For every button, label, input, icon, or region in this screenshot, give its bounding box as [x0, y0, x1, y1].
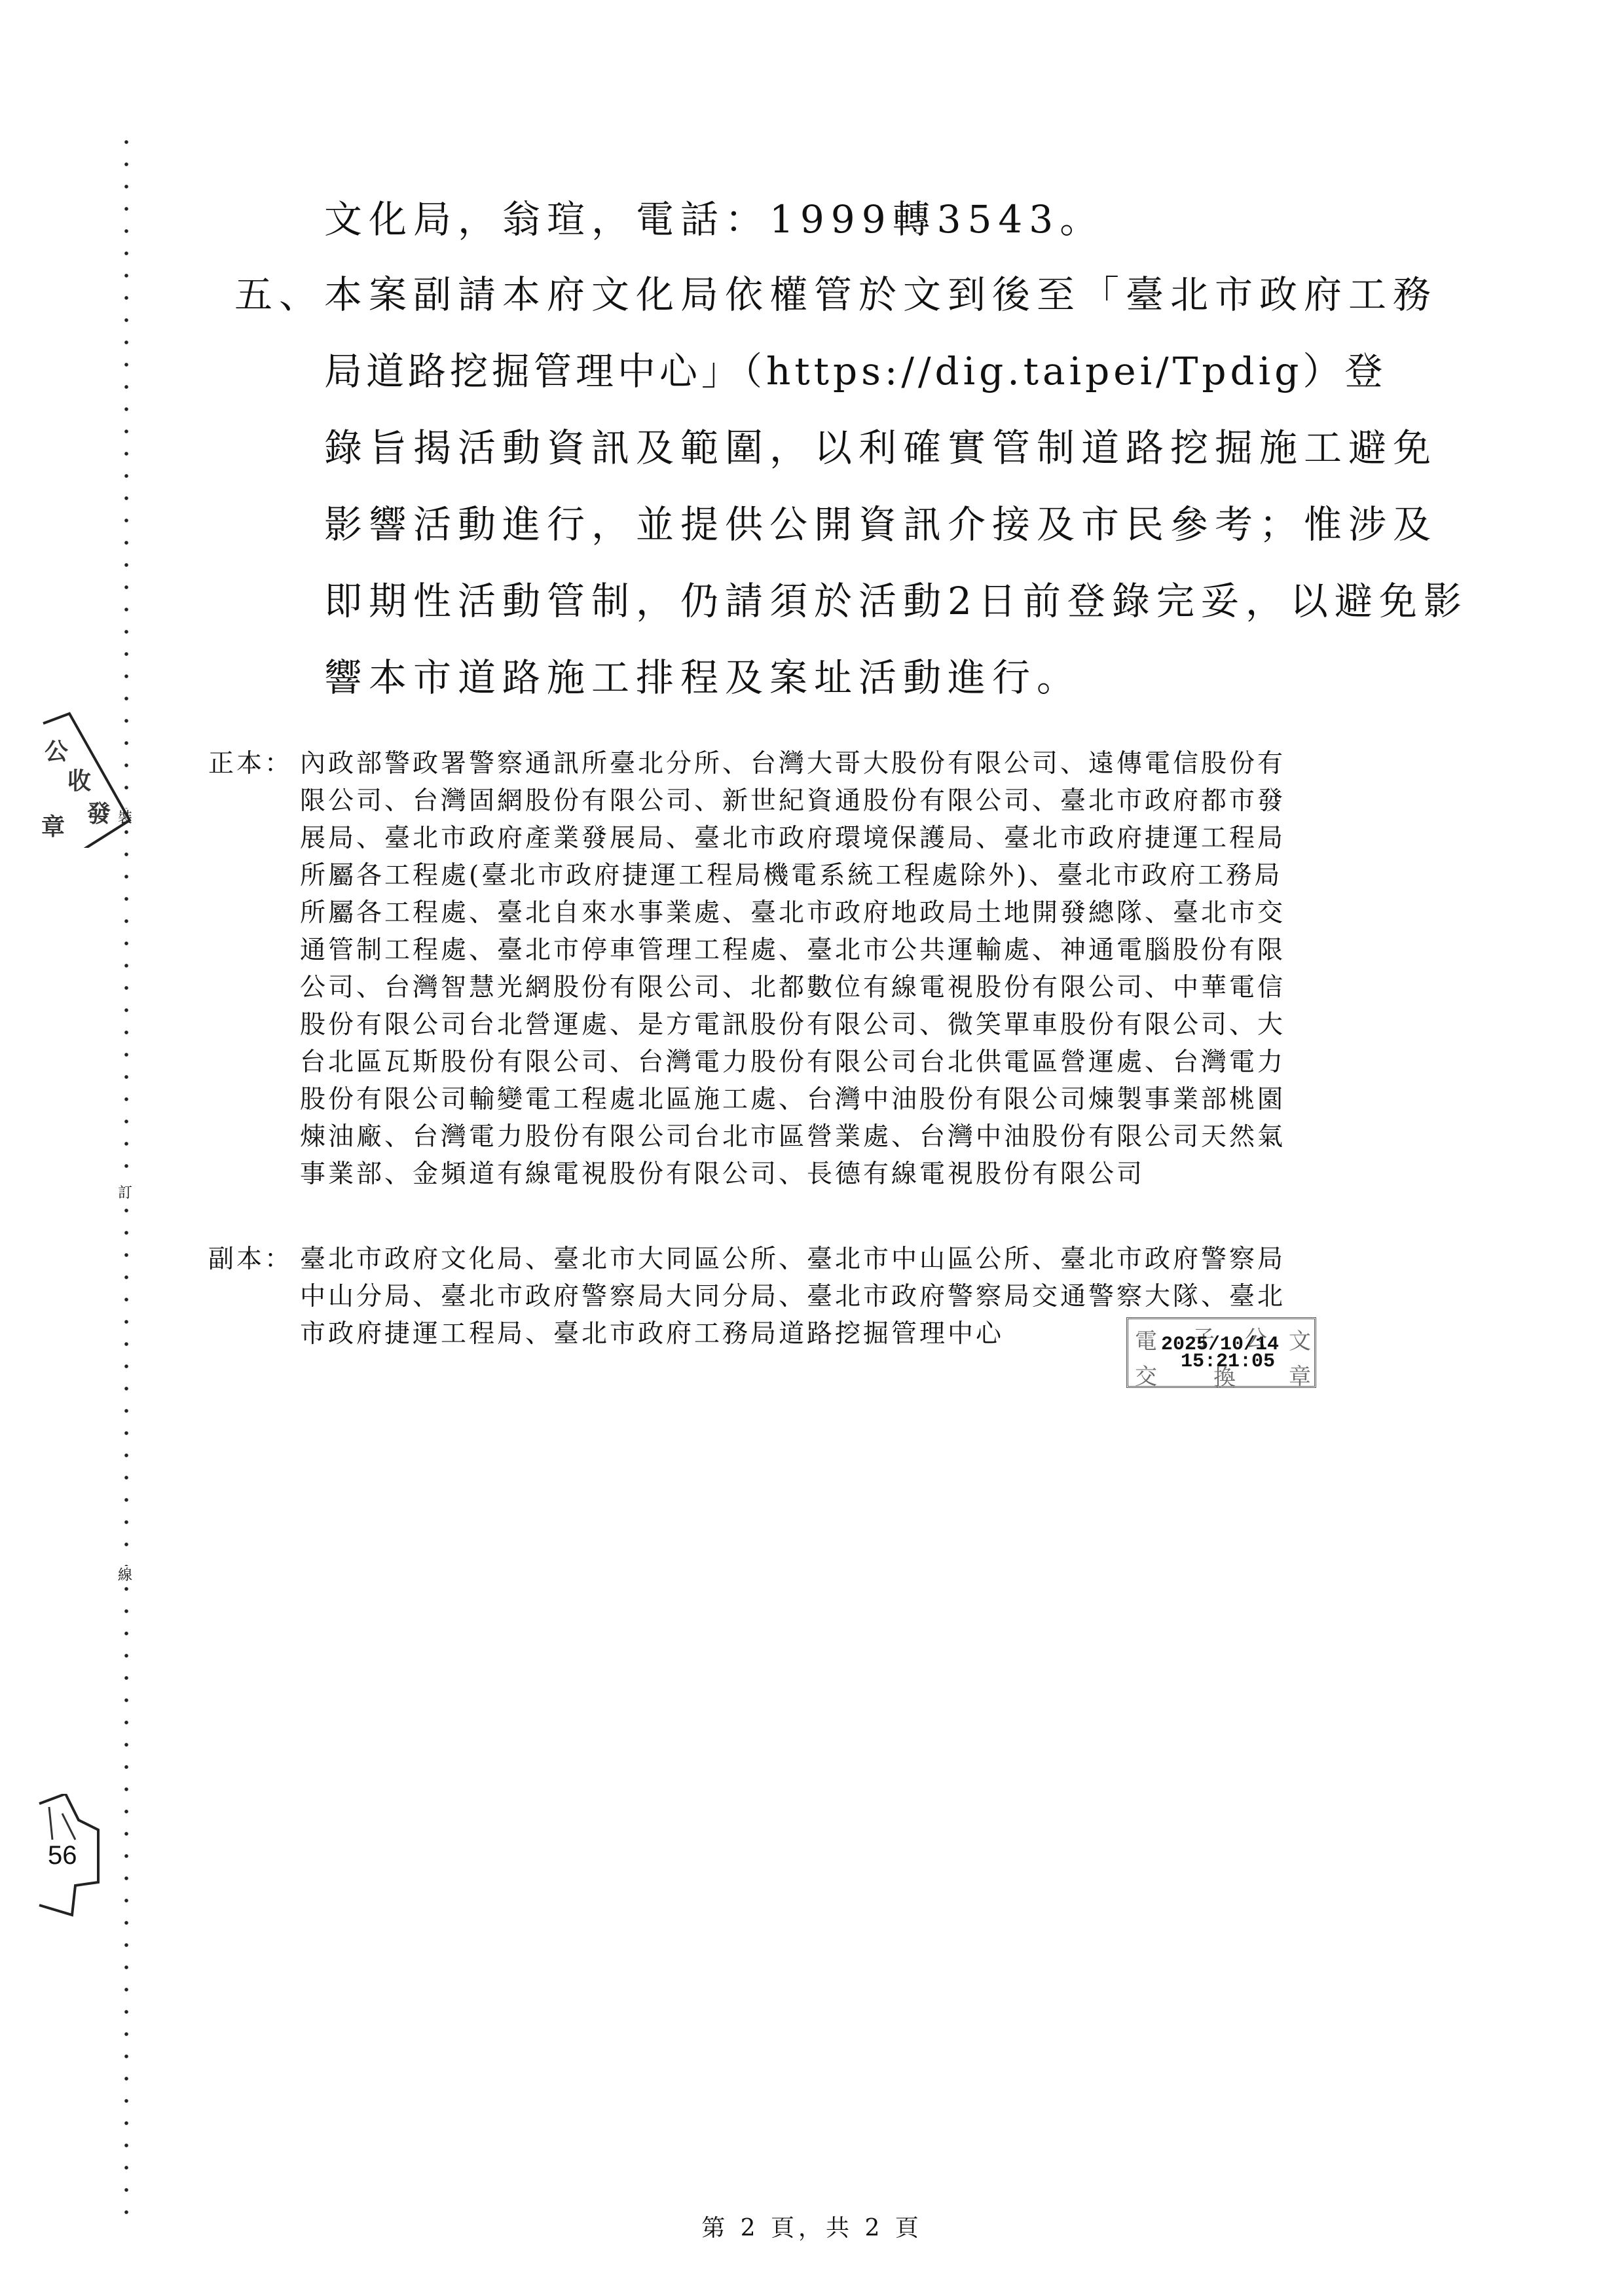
original-recipients-line: 所屬各工程處(臺北市政府捷運工程局機電系統工程處除外)、臺北市政府工務局: [300, 860, 1282, 892]
item-five-line: 本案副請本府文化局依權管於文到後至「臺北市政府工務: [324, 272, 1437, 318]
continuation-line: 文化局，翁瑄，電話：1999轉3543。: [324, 196, 1104, 242]
item-five-line: 響本市道路施工排程及案址活動進行。: [324, 655, 1081, 701]
item-five-line: 即期性活動管制，仍請須於活動2日前登錄完妥，以避免影: [324, 578, 1468, 624]
copy-recipients-label: 副本：: [208, 1244, 293, 1275]
stamp-char: 電: [1135, 1323, 1157, 1355]
received-seal-char: 公: [45, 733, 68, 767]
copy-recipients-line: 臺北市政府文化局、臺北市大同區公所、臺北市中山區公所、臺北市政府警察局: [300, 1244, 1285, 1275]
item-five-line: 錄旨揭活動資訊及範圍，以利確實管制道路挖掘施工避免: [324, 425, 1437, 471]
electronic-exchange-stamp: 電 子 公 文 交 換 章 2025/10/14 15:21:05: [1126, 1317, 1316, 1388]
original-recipients-line: 所屬各工程處、臺北自來水事業處、臺北市政府地政局土地開發總隊、臺北市交: [300, 898, 1285, 929]
received-seal-char: 收: [67, 763, 91, 796]
stamp-char: 文: [1289, 1323, 1311, 1355]
number-seal: 56: [36, 1794, 115, 1918]
original-recipients-line: 股份有限公司台北營運處、是方電訊股份有限公司、微笑單車股份有限公司、大: [300, 1010, 1285, 1041]
received-seal-char: 發: [87, 795, 111, 829]
original-recipients-line: 公司、台灣智慧光網股份有限公司、北都數位有線電視股份有限公司、中華電信: [300, 972, 1285, 1004]
document-page: 裝 訂 線 公 收 發 章 56 文化局，翁瑄，電話：1999轉3543。 五、…: [0, 0, 1624, 2296]
original-recipients-line: 台北區瓦斯股份有限公司、台灣電力股份有限公司台北供電區營運處、台灣電力: [300, 1047, 1285, 1078]
item-five-line: 影響活動進行，並提供公開資訊介接及市民參考；惟涉及: [324, 501, 1437, 547]
item-five-line: 局道路挖掘管理中心」（https://dig.taipei/Tpdig）登: [324, 348, 1386, 394]
original-recipients-line: 事業部、金頻道有線電視股份有限公司、長德有線電視股份有限公司: [300, 1159, 1145, 1190]
received-seal: 公 收 發 章: [38, 710, 162, 848]
stamp-char: 章: [1289, 1358, 1311, 1391]
original-recipients-line: 限公司、台灣固網股份有限公司、新世紀資通股份有限公司、臺北市政府都市發: [300, 786, 1285, 817]
stamp-char: 交: [1135, 1358, 1157, 1391]
page-number-footer: 第 2 頁，共 2 頁: [0, 2210, 1624, 2243]
original-recipients-label: 正本：: [208, 748, 293, 780]
copy-recipients-line: 市政府捷運工程局、臺北市政府工務局道路挖掘管理中心: [300, 1319, 1004, 1350]
original-recipients-line: 內政部警政署警察通訊所臺北分所、台灣大哥大股份有限公司、遠傳電信股份有: [300, 748, 1285, 780]
binding-label-ding: 訂: [118, 1184, 132, 1203]
binding-label-xian: 線: [118, 1566, 132, 1586]
item-five-marker: 五、: [234, 272, 323, 318]
original-recipients-line: 煉油廠、台灣電力股份有限公司台北市區營業處、台灣中油股份有限公司天然氣: [300, 1121, 1285, 1153]
original-recipients-line: 股份有限公司輸變電工程處北區施工處、台灣中油股份有限公司煉製事業部桃園: [300, 1084, 1285, 1116]
copy-recipients-line: 中山分局、臺北市政府警察局大同分局、臺北市政府警察局交通警察大隊、臺北: [300, 1281, 1285, 1313]
original-recipients-line: 展局、臺北市政府產業發展局、臺北市政府環境保護局、臺北市政府捷運工程局: [300, 823, 1285, 854]
number-seal-value: 56: [48, 1841, 77, 1870]
received-seal-char: 章: [41, 809, 65, 842]
binding-dotted-line: [124, 131, 128, 2226]
original-recipients-line: 通管制工程處、臺北市停車管理工程處、臺北市公共運輸處、神通電腦股份有限: [300, 935, 1285, 966]
stamp-time: 15:21:05: [1181, 1351, 1275, 1373]
